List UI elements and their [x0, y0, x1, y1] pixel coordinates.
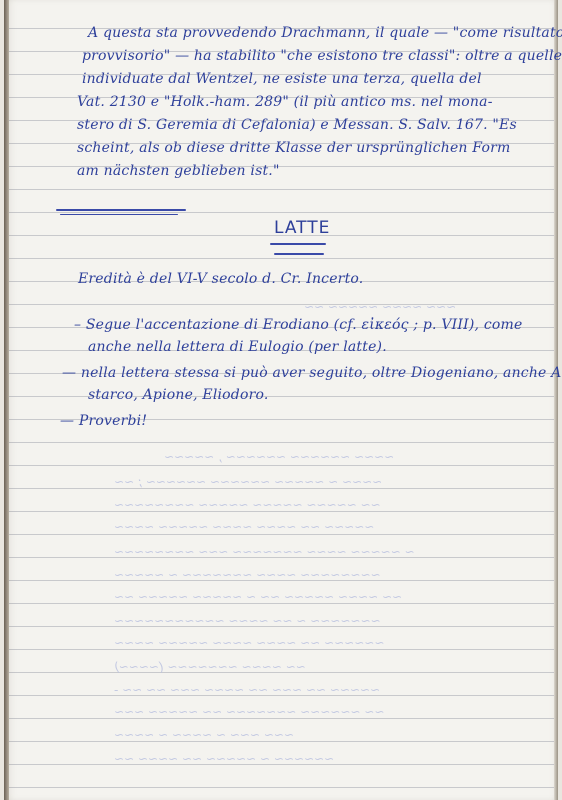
bullet-3-line-1: — Proverbi!	[60, 410, 147, 432]
bullet-1-line-2: anche nella lettera di Eulogio (per latt…	[88, 336, 387, 358]
show-through-mark: ~~~~ ~ ~~~~~ ~~~~~~ ~~~~~~ ; ~~	[114, 475, 382, 489]
paragraph-line-4: Vat. 2130 e "Holk.-ham. 289" (il più ant…	[77, 91, 493, 113]
bullet-2-line-2: starco, Apione, Eliodoro.	[88, 384, 269, 406]
show-through-mark: ~~~~~~~ ~ ~~ ~~~~ ~~~~~~~~~~~	[114, 614, 381, 628]
page-right-edge	[554, 0, 558, 800]
intro-line: Eredità è del VI-V secolo d. Cr. Incerto…	[78, 268, 363, 290]
bullet-2-text-1: nella lettera stessa si può aver seguito…	[81, 365, 562, 381]
paragraph-line-5: stero di S. Geremia di Cefalonia) e Mess…	[77, 114, 517, 136]
show-through-mark: ~~ ~~~~ ~~~~~~~ (~~~~)	[114, 660, 306, 674]
bullet-1-text-1: Segue l'accentazione di Erodiano (cf. εἰ…	[86, 317, 523, 333]
separator-rule-top	[56, 209, 186, 211]
section-heading: LATTE	[274, 218, 330, 238]
paragraph-line-1: A questa sta provvedendo Drachmann, il q…	[88, 22, 562, 44]
show-through-mark: ~ ~~~~~ ~~~~ ~~~~~~~ ~~~ ~~~~~~~~	[114, 545, 415, 559]
heading-underline-1	[270, 243, 326, 245]
bullet-1-line-1: – Segue l'accentazione di Erodiano (cf. …	[74, 314, 522, 336]
show-through-mark: ~~~ ~~~ ~ ~~~~ ~ ~~~~	[114, 728, 294, 742]
show-through-mark: ~~~~~ ~~ ~~~ ~~ ~~~~ ~~~ ~~ ~~ -	[114, 683, 380, 697]
show-through-mark: ~~~~~~ ~ ~~~~~ ~~ ~~~~ ~~	[114, 752, 334, 766]
show-through-mark: ~~ ~~~~ ~~~~~ ~~ ~ ~~~~~ ~~~~~ ~~	[114, 590, 402, 604]
heading-underline-2	[274, 253, 324, 255]
bullet-3-text-1: Proverbi!	[79, 413, 147, 429]
show-through-mark: ~~ ~~~~~ ~~~~~ ~~~~~ ~~~~~~~~	[114, 498, 381, 512]
paragraph-line-2: provvisorio" — ha stabilito "che esiston…	[82, 45, 562, 67]
page-left-edge	[4, 0, 9, 800]
show-through-mark: ~~~ ~~~~ ~~~~~ ~~	[304, 300, 456, 314]
bullet-2-line-1: — nella lettera stessa si può aver segui…	[62, 362, 562, 384]
separator-rule-bottom	[60, 214, 178, 215]
paragraph-line-3: individuate dal Wentzel, ne esiste una t…	[82, 68, 482, 90]
show-through-mark: ~~~~ ~~~~~~ ~~~~~~ , ~~~~~	[164, 450, 394, 464]
show-through-mark: ~~ ~~~~~~ ~~~~~~~ ~~ ~~~~~ ~~~	[114, 705, 384, 719]
show-through-mark: ~~~~~~ ~~ ~~~~ ~~~~ ~~~~~ ~~~~	[114, 636, 384, 650]
show-through-mark: ~~~~~ ~~ ~~~~ ~~~~ ~~~~~ ~~~~	[114, 520, 374, 534]
paragraph-line-7: am nächsten geblieben ist."	[77, 160, 280, 182]
notebook-page: A questa sta provvedendo Drachmann, il q…	[4, 0, 558, 800]
paragraph-line-6: scheint, als ob diese dritte Klasse der …	[77, 137, 510, 159]
show-through-mark: ~~~~~~~~ ~~~~ ~~~~~~~ ~ ~~~~~	[114, 568, 381, 582]
